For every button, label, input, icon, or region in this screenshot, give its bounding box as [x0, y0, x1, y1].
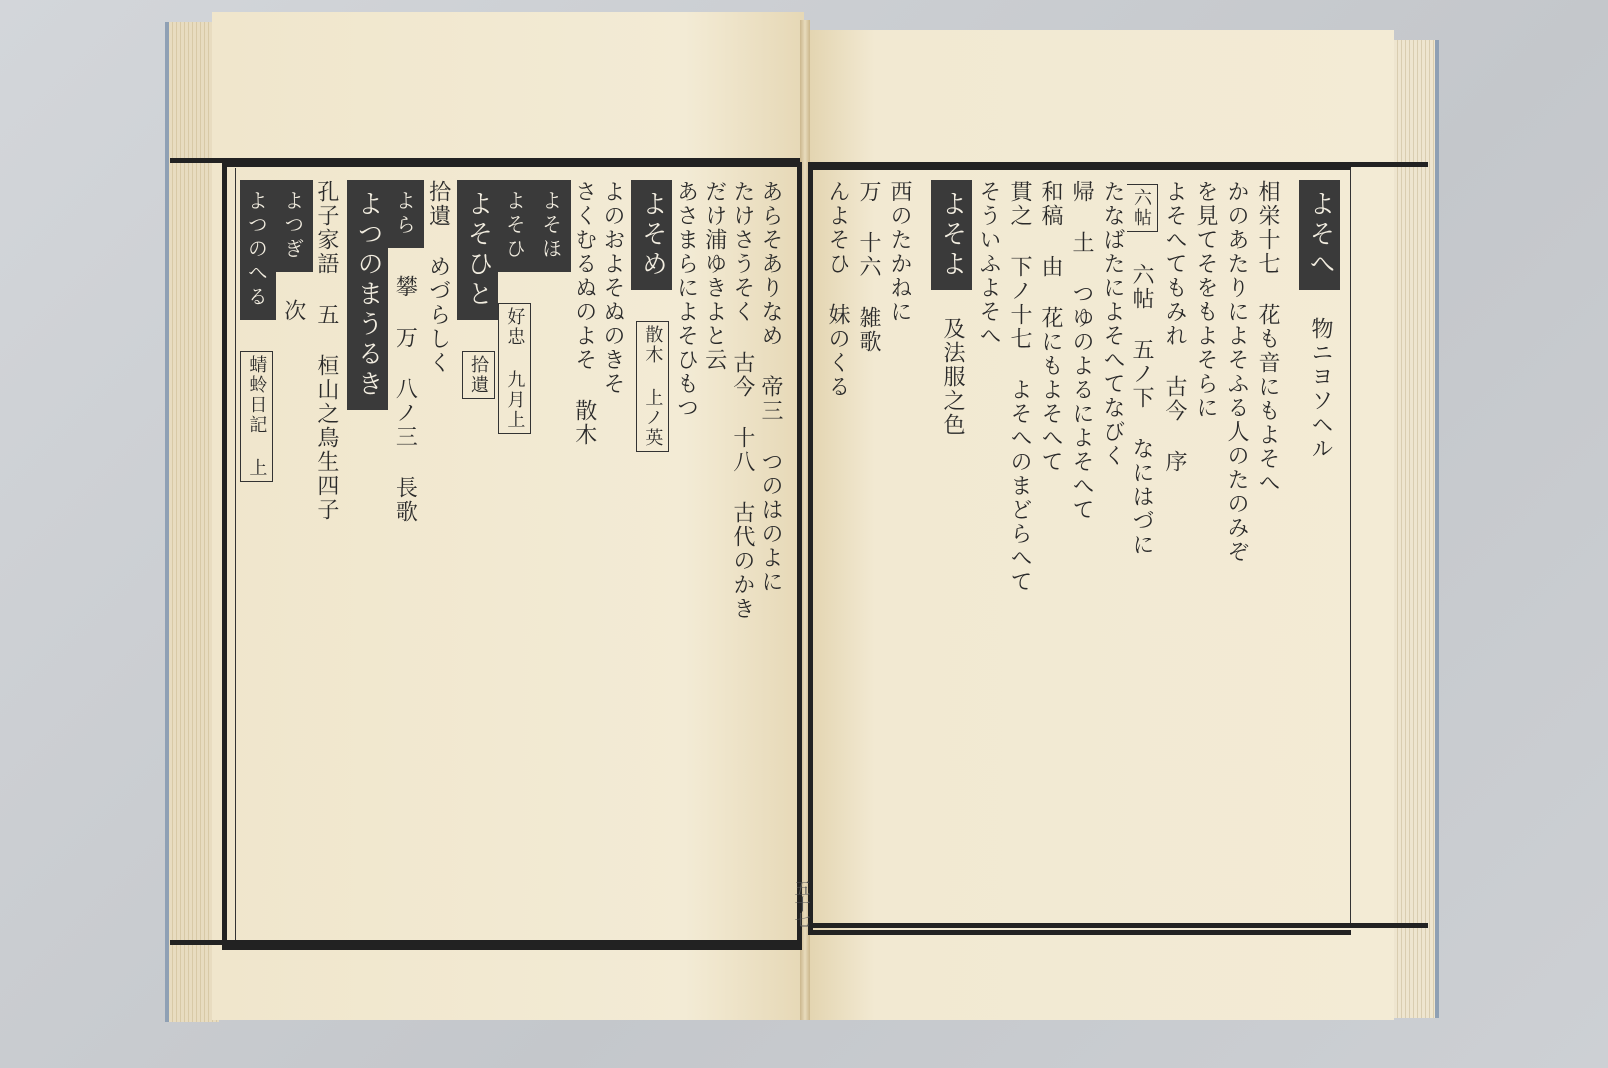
text-column: たなばたによそへてなびく: [1096, 180, 1127, 920]
headword-box: よつのへる: [240, 180, 276, 320]
headword-box: よそひと: [457, 180, 498, 320]
entry-yosohi: よそひ 好忠 九月上: [498, 180, 534, 935]
headword-box: よら: [388, 180, 424, 248]
citation-box: 好忠 九月上: [498, 303, 531, 434]
headword-box: よつぎ: [276, 180, 312, 272]
headword-box: よつのまうるき: [347, 180, 388, 410]
headword-box: よそほ: [534, 180, 570, 272]
text-column: よのおよそぬのきそ: [599, 180, 627, 935]
citation-box: 六帖: [1127, 184, 1158, 232]
citation-box: 散木 上ノ英: [636, 321, 669, 452]
left-page-stack-edge: [165, 22, 219, 1022]
text-column: さくむるぬのよそ 散木: [571, 180, 599, 935]
headword-box: よそひ: [498, 180, 534, 272]
entry-yosohito: よそひと 拾遺: [453, 180, 498, 935]
left-inner-rule: [235, 168, 236, 940]
text-column: 和稿 由 花にもよそへて: [1034, 180, 1065, 920]
text-column: かのあたりによそふる人のたのみぞ: [1220, 180, 1251, 920]
entry-yotsugi: よつぎ 次: [276, 180, 312, 935]
text-column: たけさうそく 古今 十八 古代のかき: [729, 180, 757, 935]
headword-box: よそへ: [1299, 180, 1340, 290]
entry-yora: よら 攀 万 八ノ三 長歌: [388, 180, 424, 935]
text-column: 相栄十七 花も音にもよそへ: [1251, 180, 1282, 920]
entry-yosoyo: よそよ 及法服之色: [914, 180, 972, 920]
text-column: 貫之 下ノ十七 よそへのまどらへて: [1003, 180, 1034, 920]
entry-yotsunoheru: よつのへる 蜻蛉日記 上: [240, 180, 276, 935]
right-inner-rule: [1350, 168, 1351, 923]
text-column: 帰 土 つゆのよるによそへて: [1065, 180, 1096, 920]
headword-box: よそめ: [631, 180, 672, 290]
text-column: だけ浦ゆきよと云: [701, 180, 729, 935]
text-column: 六帖 六帖 五ノ下 なにはづに: [1127, 180, 1158, 920]
text-column: を見てそをもよそらに: [1189, 180, 1220, 920]
gloss: 物ニヨソヘル: [1308, 317, 1333, 461]
entry-yosoho: よそほ: [534, 180, 570, 935]
citation-box: 拾遺: [462, 351, 495, 399]
left-page-columns: あらそありなめ 帝三 つのはのよに たけさうそく 古今 十八 古代のかき だけ浦…: [240, 180, 785, 935]
right-page-stack-edge: [1390, 40, 1439, 1018]
entry-yosohe: よそへ 物ニヨソヘル: [1282, 180, 1340, 920]
text-column: 万 十六 雑歌: [852, 180, 883, 920]
text-column: そういふよそへ: [972, 180, 1003, 920]
folio-number: 五十七: [790, 880, 813, 928]
citation-box: 蜻蛉日記 上: [240, 351, 273, 482]
text-column: 拾遺 めづらしく: [424, 180, 452, 935]
right-page-columns: よそへ 物ニヨソヘル 相栄十七 花も音にもよそへ かのあたりによそふる人のたのみ…: [815, 180, 1340, 920]
text-column: あさまらによそひもつ: [672, 180, 700, 935]
text-column: 西のたかねに: [883, 180, 914, 920]
text-column: んよそひ 妹のくる: [821, 180, 852, 920]
text-column: 孔子家語 五 桓山之鳥生四子: [313, 180, 341, 935]
text-column: よそへてもみれ 古今 序: [1158, 180, 1189, 920]
entry-yotsunomaurugi: よつのまうるき: [341, 180, 388, 935]
text-column: あらそありなめ 帝三 つのはのよに: [757, 180, 785, 935]
entry-yosome: よそめ 散木 上ノ英: [627, 180, 672, 935]
headword-box: よそよ: [931, 180, 972, 290]
